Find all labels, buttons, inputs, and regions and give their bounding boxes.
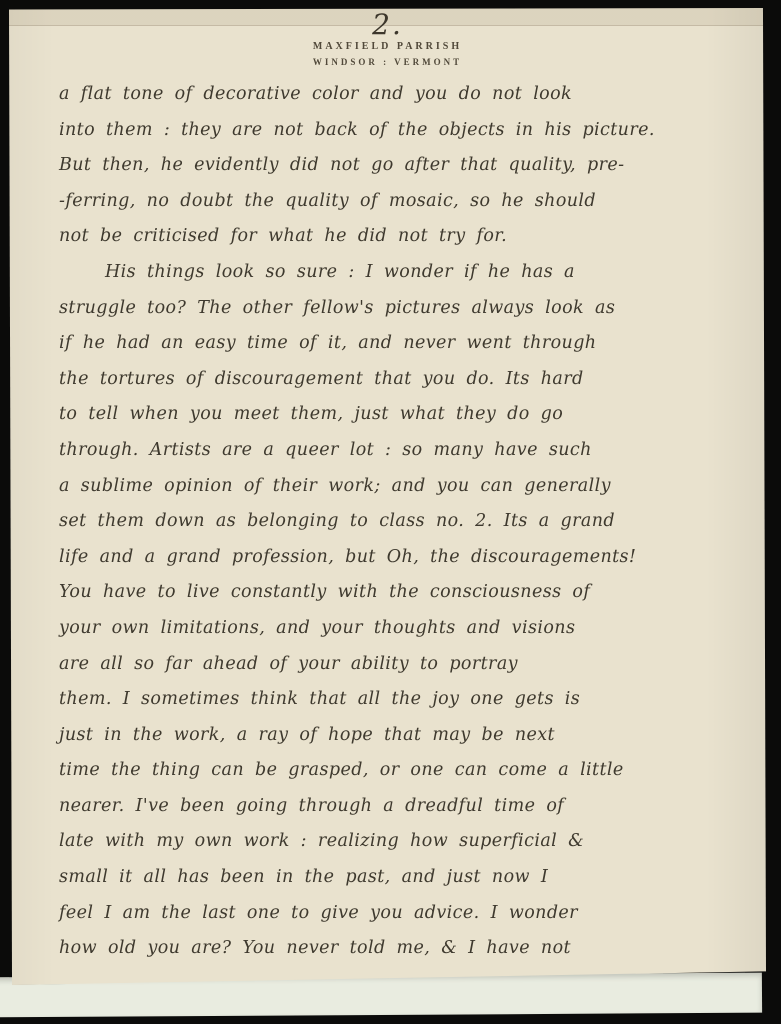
- handwritten-line: how old you are? You never told me, & I …: [59, 931, 744, 967]
- handwritten-line: His things look so sure : I wonder if he…: [59, 255, 744, 291]
- handwritten-line: set them down as belonging to class no. …: [59, 504, 744, 540]
- handwritten-line: time the thing can be grasped, or one ca…: [59, 753, 744, 789]
- letter-body: a flat tone of decorative color and you …: [59, 77, 744, 967]
- handwritten-line: into them : they are not back of the obj…: [59, 113, 744, 149]
- handwritten-line: if he had an easy time of it, and never …: [59, 326, 744, 362]
- letterhead-location: WINDSOR : VERMONT: [9, 57, 766, 67]
- handwritten-line: -ferring, no doubt the quality of mosaic…: [59, 184, 744, 220]
- handwritten-line: But then, he evidently did not go after …: [59, 148, 744, 184]
- letterhead-name: MAXFIELD PARRISH: [9, 41, 766, 52]
- handwritten-line: just in the work, a ray of hope that may…: [59, 718, 744, 754]
- handwritten-line: life and a grand profession, but Oh, the…: [59, 540, 744, 576]
- handwritten-line: late with my own work : realizing how su…: [59, 824, 744, 860]
- handwritten-line: the tortures of discouragement that you …: [59, 362, 744, 398]
- handwritten-line: a sublime opinion of their work; and you…: [59, 469, 744, 505]
- handwritten-line: not be criticised for what he did not tr…: [59, 219, 744, 255]
- handwritten-line: a flat tone of decorative color and you …: [59, 77, 744, 113]
- handwritten-line: your own limitations, and your thoughts …: [59, 611, 744, 647]
- handwritten-line: struggle too? The other fellow's picture…: [59, 291, 744, 327]
- handwritten-line: feel I am the last one to give you advic…: [59, 896, 744, 932]
- handwritten-line: You have to live constantly with the con…: [59, 575, 744, 611]
- handwritten-line: through. Artists are a queer lot : so ma…: [59, 433, 744, 469]
- handwritten-line: are all so far ahead of your ability to …: [59, 647, 744, 683]
- photo-background: 2. MAXFIELD PARRISH WINDSOR : VERMONT a …: [0, 0, 781, 1024]
- letterhead: MAXFIELD PARRISH WINDSOR : VERMONT: [9, 41, 766, 67]
- handwritten-line: them. I sometimes think that all the joy…: [59, 682, 744, 718]
- handwritten-line: small it all has been in the past, and j…: [59, 860, 744, 896]
- page-number: 2.: [9, 8, 766, 41]
- handwritten-line: nearer. I've been going through a dreadf…: [59, 789, 744, 825]
- letter-page: 2. MAXFIELD PARRISH WINDSOR : VERMONT a …: [9, 8, 766, 985]
- handwritten-line: to tell when you meet them, just what th…: [59, 397, 744, 433]
